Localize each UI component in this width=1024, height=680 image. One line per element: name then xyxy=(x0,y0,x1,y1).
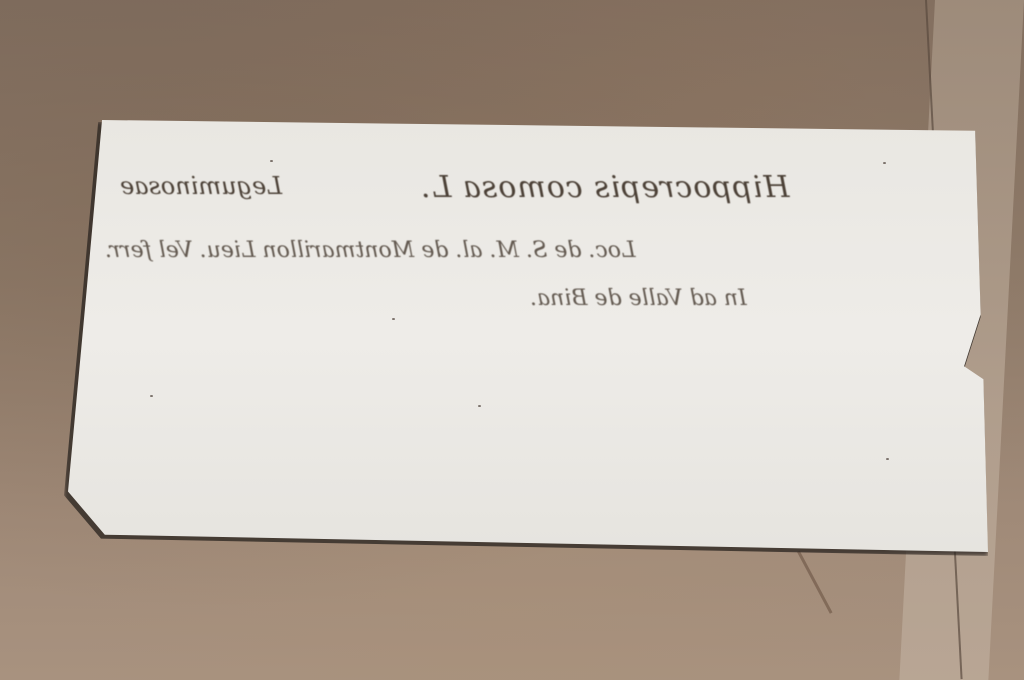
paper-speck xyxy=(883,162,886,164)
paper-speck xyxy=(478,405,481,407)
paper-speck xyxy=(270,160,273,162)
label-locality-line: Loc. de S. M. al. de Montmarillon Lieu. … xyxy=(105,238,636,263)
paper-speck xyxy=(392,318,395,320)
label-family-name: Leguminosae xyxy=(120,172,282,200)
paper-speck xyxy=(886,458,889,460)
label-locality-line-2: In ad Valle de Bina. xyxy=(530,286,747,311)
label-species-name: Hippocrepis comosa L. xyxy=(420,170,790,205)
paper-speck xyxy=(150,395,153,397)
paper-crease xyxy=(797,551,833,614)
